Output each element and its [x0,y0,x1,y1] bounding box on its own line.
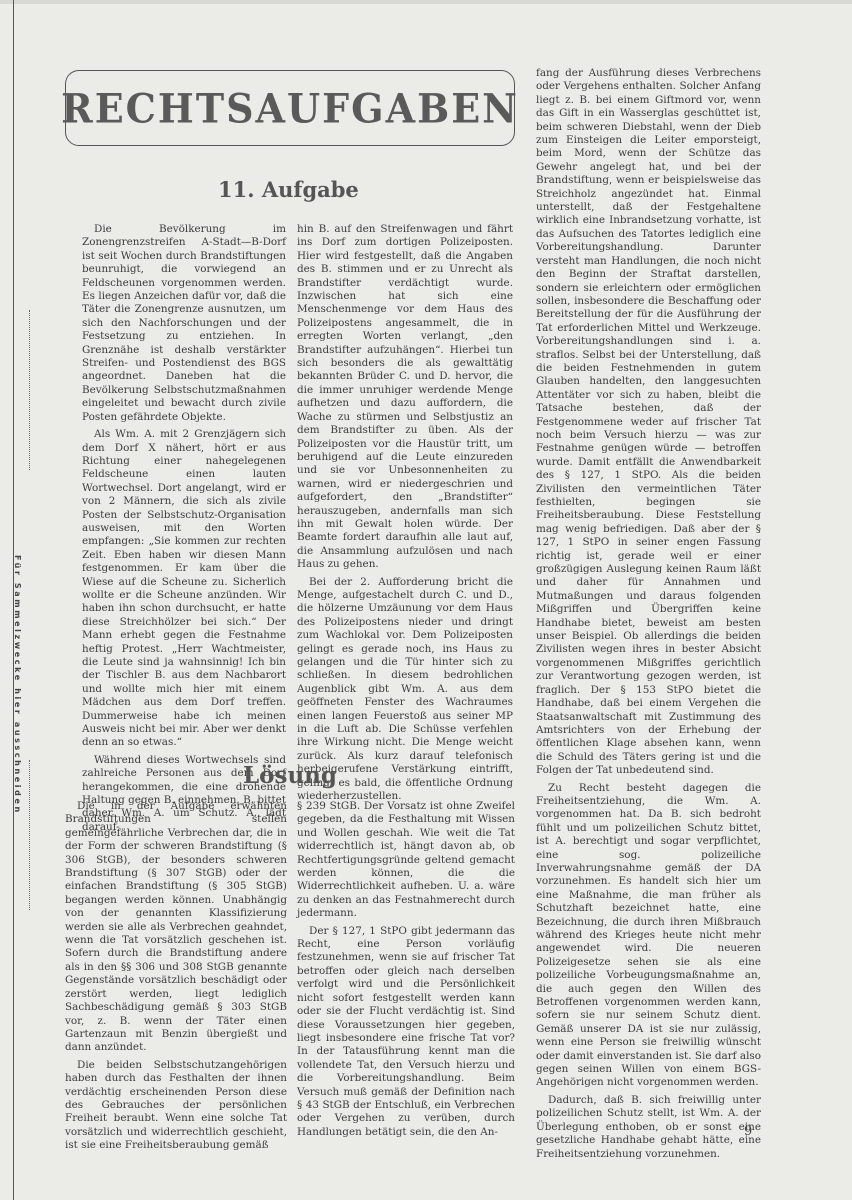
paragraph: Als Wm. A. mit 2 Grenzjägern sich dem Do… [82,428,286,750]
loesung-column-1: Die in der Aufgabe erwähnten Brandstiftu… [65,800,287,1157]
paragraph: Die in der Aufgabe erwähnten Brandstiftu… [65,800,287,1055]
page-number: 9 [744,1124,752,1139]
paragraph: hin B. auf den Streifenwagen und fährt i… [297,223,513,572]
paragraph: Der § 127, 1 StPO gibt jedermann das Rec… [297,925,515,1140]
page-title: RECHTSAUFGABEN [61,84,519,131]
aufgabe-heading: 11. Aufgabe [218,177,359,202]
page-edge [0,0,852,4]
aufgabe-column-2: hin B. auf den Streifenwagen und fährt i… [297,223,513,807]
loesung-column-3: fang der Ausführung dieses Verbrechens o… [536,67,761,1165]
cut-instruction: Für Sammelzwecke hier ausschneiden [13,555,22,815]
paragraph: Dadurch, daß B. sich freiwillig unter po… [536,1094,761,1161]
paragraph: Die beiden Selbstschutzangehörigen haben… [65,1059,287,1153]
dotted-cut-guide-top [29,310,30,470]
dotted-cut-guide-bottom [29,760,30,910]
paragraph: § 239 StGB. Der Vorsatz ist ohne Zweifel… [297,800,515,921]
header-box: RECHTSAUFGABEN [65,70,515,146]
document-page: Für Sammelzwecke hier ausschneiden RECHT… [0,0,852,1200]
loesung-column-2: § 239 StGB. Der Vorsatz ist ohne Zweifel… [297,800,515,1143]
paragraph: Zu Recht besteht dagegen die Freiheitsen… [536,782,761,1090]
paragraph: Die Bevölkerung im Zonengrenzstreifen A-… [82,223,286,424]
paragraph: fang der Ausführung dieses Verbrechens o… [536,67,761,778]
loesung-heading: Lösung [243,762,337,789]
aufgabe-column-1: Die Bevölkerung im Zonengrenzstreifen A-… [82,223,286,838]
